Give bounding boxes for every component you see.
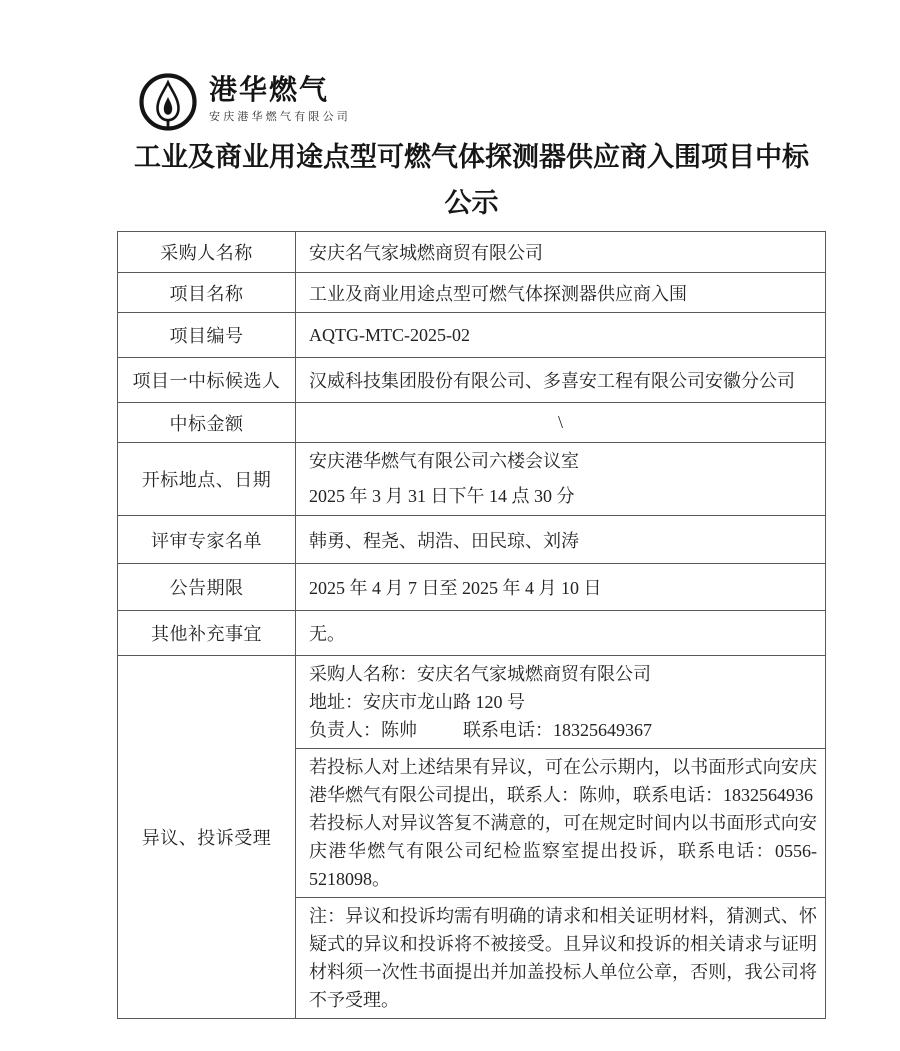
document-page: 港华燃气 安庆港华燃气有限公司 工业及商业用途点型可燃气体探测器供应商入围项目中…	[0, 0, 900, 1051]
table-row-purchaser: 采购人名称 安庆名气家城燃商贸有限公司	[118, 232, 826, 273]
row-label-purchaser: 采购人名称	[118, 232, 296, 273]
table-row-opening-place-date: 开标地点、日期 安庆港华燃气有限公司六楼会议室 2025 年 3 月 31 日下…	[118, 443, 826, 516]
flame-in-circle-icon	[138, 71, 198, 133]
row-value-other-matters: 无。	[296, 611, 826, 656]
table-row-objection-contact: 异议、投诉受理 采购人名称：安庆名气家城燃商贸有限公司 地址：安庆市龙山路 12…	[118, 656, 826, 749]
row-label-other-matters: 其他补充事宜	[118, 611, 296, 656]
logo-text: 港华燃气 安庆港华燃气有限公司	[209, 71, 351, 123]
row-value-project-name: 工业及商业用途点型可燃气体探测器供应商入围	[296, 273, 826, 313]
objection-note-text: 注：异议和投诉均需有明确的请求和相关证明材料，猜测式、怀疑式的异议和投诉将不被接…	[309, 902, 817, 1014]
page-title-line1: 工业及商业用途点型可燃气体探测器供应商入围项目中标	[117, 134, 826, 180]
row-value-purchaser: 安庆名气家城燃商贸有限公司	[296, 232, 826, 273]
row-value-opening-place-date: 安庆港华燃气有限公司六楼会议室 2025 年 3 月 31 日下午 14 点 3…	[296, 443, 826, 516]
brand-name: 港华燃气	[209, 76, 351, 104]
objection-contact-line2: 地址：安庆市龙山路 120 号	[309, 688, 817, 716]
table-row-other-matters: 其他补充事宜 无。	[118, 611, 826, 656]
company-logo: 港华燃气 安庆港华燃气有限公司	[138, 71, 351, 133]
row-value-winning-candidates: 汉威科技集团股份有限公司、多喜安工程有限公司安徽分公司	[296, 358, 826, 403]
table-row-award-amount: 中标金额 \	[118, 403, 826, 443]
objection-procedure-cell: 若投标人对上述结果有异议，可在公示期内，以书面形式向安庆港华燃气有限公司提出，联…	[296, 749, 826, 898]
brand-company-name: 安庆港华燃气有限公司	[209, 112, 351, 123]
row-value-announcement-period: 2025 年 4 月 7 日至 2025 年 4 月 10 日	[296, 564, 826, 611]
announcement-table: 采购人名称 安庆名气家城燃商贸有限公司 项目名称 工业及商业用途点型可燃气体探测…	[117, 231, 826, 1019]
objection-procedure-para2: 若投标人对异议答复不满意的，可在规定时间内以书面形式向安庆港华燃气有限公司纪检监…	[309, 809, 817, 893]
row-label-winning-candidates: 项目一中标候选人	[118, 358, 296, 403]
table-row-announcement-period: 公告期限 2025 年 4 月 7 日至 2025 年 4 月 10 日	[118, 564, 826, 611]
table-row-project-number: 项目编号 AQTG-MTC-2025-02	[118, 313, 826, 358]
objection-contact-person: 负责人：陈帅	[309, 720, 417, 740]
row-value-experts: 韩勇、程尧、胡浩、田民琼、刘涛	[296, 516, 826, 564]
row-value-award-amount: \	[296, 403, 826, 443]
objection-contact-line1: 采购人名称：安庆名气家城燃商贸有限公司	[309, 660, 817, 688]
row-label-experts: 评审专家名单	[118, 516, 296, 564]
table-row-experts: 评审专家名单 韩勇、程尧、胡浩、田民琼、刘涛	[118, 516, 826, 564]
objection-contact-line3: 负责人：陈帅联系电话：18325649367	[309, 716, 817, 744]
objection-contact-phone: 联系电话：18325649367	[463, 716, 652, 744]
row-label-project-name: 项目名称	[118, 273, 296, 313]
objection-contact-cell: 采购人名称：安庆名气家城燃商贸有限公司 地址：安庆市龙山路 120 号 负责人：…	[296, 656, 826, 749]
opening-date: 2025 年 3 月 31 日下午 14 点 30 分	[309, 479, 815, 514]
objection-procedure-para1: 若投标人对上述结果有异议，可在公示期内，以书面形式向安庆港华燃气有限公司提出，联…	[309, 753, 817, 809]
row-label-project-number: 项目编号	[118, 313, 296, 358]
row-label-opening-place-date: 开标地点、日期	[118, 443, 296, 516]
table-row-winning-candidates: 项目一中标候选人 汉威科技集团股份有限公司、多喜安工程有限公司安徽分公司	[118, 358, 826, 403]
row-label-announcement-period: 公告期限	[118, 564, 296, 611]
row-value-project-number: AQTG-MTC-2025-02	[296, 313, 826, 358]
row-label-objection: 异议、投诉受理	[118, 656, 296, 1019]
row-label-award-amount: 中标金额	[118, 403, 296, 443]
page-title: 工业及商业用途点型可燃气体探测器供应商入围项目中标 公示	[117, 134, 826, 226]
page-title-line2: 公示	[117, 180, 826, 226]
objection-note-cell: 注：异议和投诉均需有明确的请求和相关证明材料，猜测式、怀疑式的异议和投诉将不被接…	[296, 898, 826, 1019]
opening-place: 安庆港华燃气有限公司六楼会议室	[309, 444, 815, 479]
table-row-project-name: 项目名称 工业及商业用途点型可燃气体探测器供应商入围	[118, 273, 826, 313]
